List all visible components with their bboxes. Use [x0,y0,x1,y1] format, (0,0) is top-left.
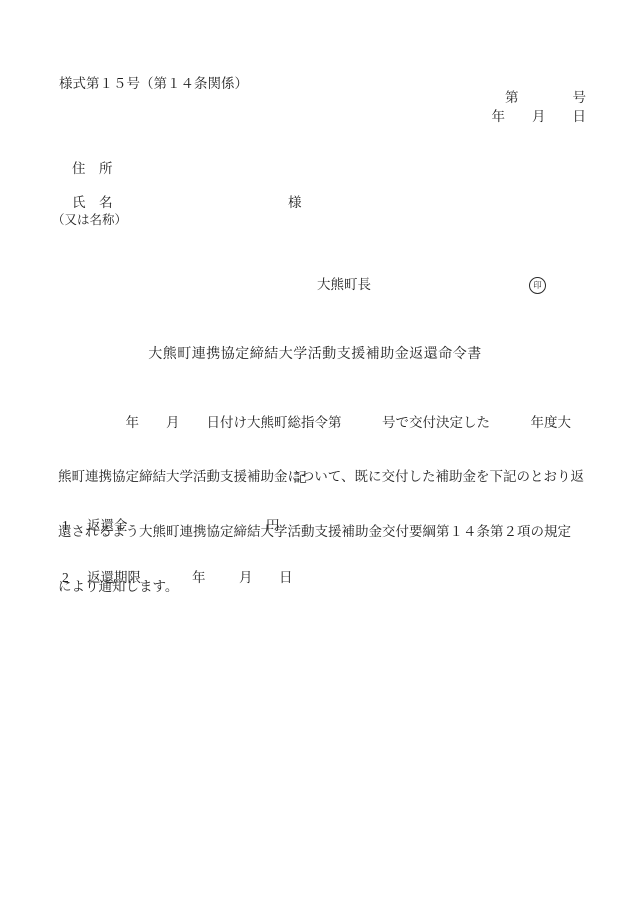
item-2-year-label: 年 [192,570,206,587]
mayor-label: 大熊町長 [317,277,371,294]
address-label: 住 所 [72,161,113,178]
name-alt-label: （又は名称） [52,213,127,229]
document-page: 様式第１５号（第１４条関係） 第 号 年 月 日 住 所 氏 名 様 （又は名称… [0,0,630,903]
document-title: 大熊町連携協定締結大学活動支援補助金返還命令書 [0,346,630,364]
seal-mark-icon: 印 [529,277,546,294]
body-line-3: 還されるよう大熊町連携協定締結大学活動支援補助金交付要綱第１４条第２項の規定 [58,523,598,541]
item-2-day-label: 日 [279,570,293,587]
honorific-sama: 様 [288,195,302,212]
ki-separator: 記 [0,470,600,487]
body-line-1: 年 月 日付け大熊町総指令第 号で交付決定した 年度大 [58,414,598,432]
item-2-number: 2 [62,570,69,587]
item-1-label: 返還金 [87,518,128,535]
item-1-unit: 円 [266,518,280,535]
item-2-label: 返還期限 [87,570,141,587]
body-paragraph: 年 月 日付け大熊町総指令第 号で交付決定した 年度大 熊町連携協定締結大学活動… [58,377,598,633]
item-2-month-label: 月 [239,570,253,587]
seal-char: 印 [533,281,542,290]
name-label: 氏 名 [72,195,113,212]
date-blank: 年 月 日 [0,109,586,126]
document-number-blank: 第 号 [0,90,586,107]
item-1-number: 1 [62,518,69,535]
